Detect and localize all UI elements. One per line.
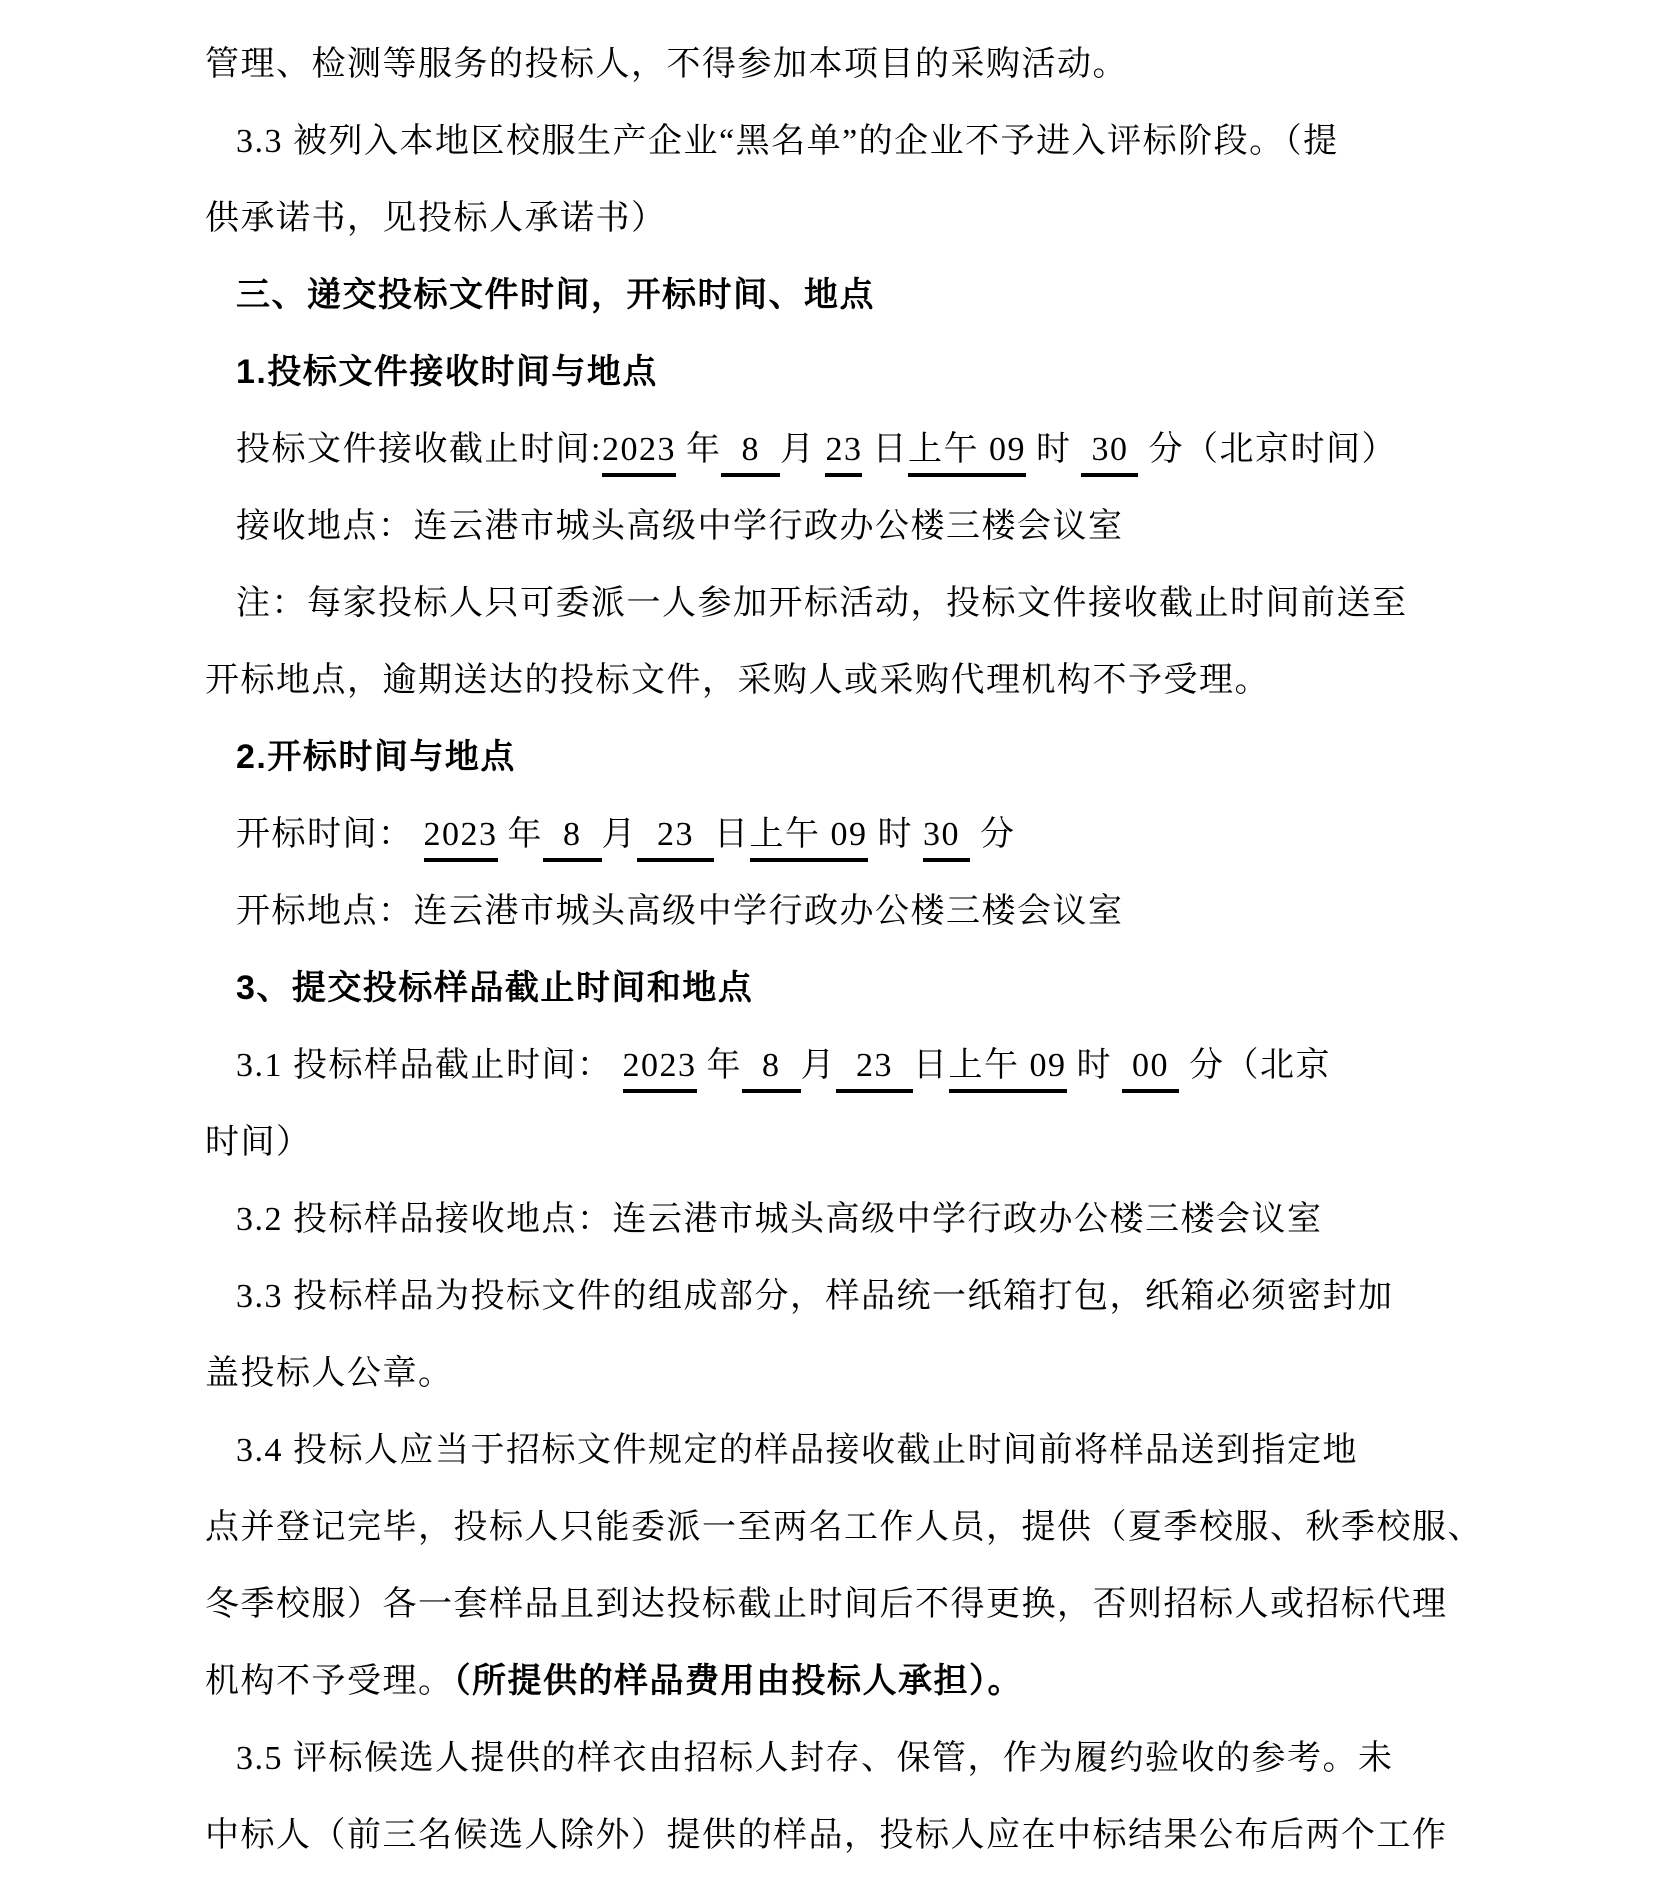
fill-in-blank-field: 23 [825,431,862,477]
text-run: 日 [714,816,750,853]
text-line: 开标地点，逾期送达的投标文件，采购人或采购代理机构不予受理。 [205,642,1535,719]
text-line: 1.投标文件接收时间与地点 [205,334,1535,411]
text-line: 注：每家投标人只可委派一人参加开标活动，投标文件接收截止时间前送至 [205,565,1535,642]
text-run: 开标时间： [236,816,424,853]
text-run: 时 [1026,431,1082,468]
text-run: 接收地点：连云港市城头高级中学行政办公楼三楼会议室 [236,508,1124,545]
fill-in-blank-field: 2023 [623,1047,697,1093]
text-line: 供承诺书，见投标人承诺书） [205,180,1535,257]
fill-in-blank-field: 2023 [424,816,498,862]
text-run: 分 [970,816,1016,853]
text-line: 三、递交投标文件时间，开标时间、地点 [205,257,1535,334]
text-run: 3.2 投标样品接收地点：连云港市城头高级中学行政办公楼三楼会议室 [236,1201,1323,1238]
text-run: 月 [801,1047,837,1084]
text-run: 日 [913,1047,949,1084]
text-line: 3、提交投标样品截止时间和地点 [205,950,1535,1027]
bold-heading-text: 3、提交投标样品截止时间和地点 [236,969,753,1007]
text-line: 3.1 投标样品截止时间： 2023 年 8 月 23 日上午 09 时 00 … [205,1027,1535,1104]
text-run: 3.3 被列入本地区校服生产企业“黑名单”的企业不予进入评标阶段。（提 [236,123,1339,160]
text-run: 投标文件接收截止时间: [236,431,602,468]
document-page: 管理、检测等服务的投标人，不得参加本项目的采购活动。3.3 被列入本地区校服生产… [0,0,1654,1883]
text-run: 3.4 投标人应当于招标文件规定的样品接收截止时间前将样品送到指定地 [236,1432,1358,1469]
text-run: 盖投标人公章。 [205,1355,454,1392]
bold-heading-text: （所提供的样品费用由投标人承担）。 [454,1662,1024,1700]
text-line: 2.开标时间与地点 [205,719,1535,796]
text-run: 时 [868,816,924,853]
fill-in-blank-field: 8 [721,431,780,477]
text-line: 开标地点：连云港市城头高级中学行政办公楼三楼会议室 [205,873,1535,950]
fill-in-blank-field: 8 [543,816,602,862]
text-line: 开标时间： 2023 年 8 月 23 日上午 09 时 30 分 [205,796,1535,873]
fill-in-blank-field: 30 [1081,431,1138,477]
fill-in-blank-field: 上午 09 [750,816,868,862]
text-run: 管理、检测等服务的投标人，不得参加本项目的采购活动。 [205,46,1128,83]
fill-in-blank-field: 上午 09 [908,431,1026,477]
text-run: 年 [676,431,722,468]
text-line: 盖投标人公章。 [205,1335,1535,1412]
text-line: 投标文件接收截止时间:2023 年 8 月 23 日上午 09 时 30 分（北… [205,411,1535,488]
text-line: 机构不予受理。（所提供的样品费用由投标人承担）。 [205,1643,1535,1720]
text-line: 冬季校服）各一套样品且到达投标截止时间后不得更换，否则招标人或招标代理 [205,1566,1535,1643]
fill-in-blank-field: 23 [836,1047,913,1093]
text-run: 年 [697,1047,743,1084]
text-run: 月 [602,816,638,853]
text-line: 点并登记完毕，投标人只能委派一至两名工作人员，提供（夏季校服、秋季校服、 [205,1489,1535,1566]
text-line: 3.4 投标人应当于招标文件规定的样品接收截止时间前将样品送到指定地 [205,1412,1535,1489]
fill-in-blank-field: 8 [742,1047,801,1093]
text-line: 中标人（前三名候选人除外）提供的样品，投标人应在中标结果公布后两个工作 [205,1797,1535,1874]
fill-in-blank-field: 23 [637,816,714,862]
bold-heading-text: 三、递交投标文件时间，开标时间、地点 [236,276,875,314]
text-run: 机构不予受理。 [205,1663,454,1700]
text-run: 时间） [205,1124,312,1161]
text-run: 开标地点：连云港市城头高级中学行政办公楼三楼会议室 [236,893,1124,930]
text-run: 月 [780,431,826,468]
fill-in-blank-field: 30 [923,816,970,862]
text-run: 分（北京时间） [1138,431,1397,468]
text-run: 3.3 投标样品为投标文件的组成部分，样品统一纸箱打包，纸箱必须密封加 [236,1278,1394,1315]
text-run: 年 [498,816,544,853]
bold-heading-text: 2.开标时间与地点 [236,738,516,776]
text-run: 3.5 评标候选人提供的样衣由招标人封存、保管，作为履约验收的参考。未 [236,1740,1394,1777]
text-line: 管理、检测等服务的投标人，不得参加本项目的采购活动。 [205,26,1535,103]
text-run: 供承诺书，见投标人承诺书） [205,200,667,237]
bold-heading-text: 1.投标文件接收时间与地点 [236,353,658,391]
text-line: 3.5 评标候选人提供的样衣由招标人封存、保管，作为履约验收的参考。未 [205,1720,1535,1797]
text-line: 3.3 被列入本地区校服生产企业“黑名单”的企业不予进入评标阶段。（提 [205,103,1535,180]
fill-in-blank-field: 上午 09 [949,1047,1067,1093]
fill-in-blank-field: 00 [1122,1047,1179,1093]
fill-in-blank-field: 2023 [602,431,676,477]
text-line: 3.3 投标样品为投标文件的组成部分，样品统一纸箱打包，纸箱必须密封加 [205,1258,1535,1335]
text-run: 时 [1067,1047,1123,1084]
text-run: 分（北京 [1179,1047,1331,1084]
text-line: 时间） [205,1104,1535,1181]
text-line: 接收地点：连云港市城头高级中学行政办公楼三楼会议室 [205,488,1535,565]
text-run: 点并登记完毕，投标人只能委派一至两名工作人员，提供（夏季校服、秋季校服、 [205,1509,1483,1546]
text-run: 注：每家投标人只可委派一人参加开标活动，投标文件接收截止时间前送至 [236,585,1408,622]
page-content: 管理、检测等服务的投标人，不得参加本项目的采购活动。3.3 被列入本地区校服生产… [205,26,1535,1874]
text-run: 日 [862,431,908,468]
text-run: 中标人（前三名候选人除外）提供的样品，投标人应在中标结果公布后两个工作 [205,1817,1448,1854]
text-run: 开标地点，逾期送达的投标文件，采购人或采购代理机构不予受理。 [205,662,1270,699]
text-line: 3.2 投标样品接收地点：连云港市城头高级中学行政办公楼三楼会议室 [205,1181,1535,1258]
text-run: 冬季校服）各一套样品且到达投标截止时间后不得更换，否则招标人或招标代理 [205,1586,1448,1623]
text-run: 3.1 投标样品截止时间： [236,1047,623,1084]
